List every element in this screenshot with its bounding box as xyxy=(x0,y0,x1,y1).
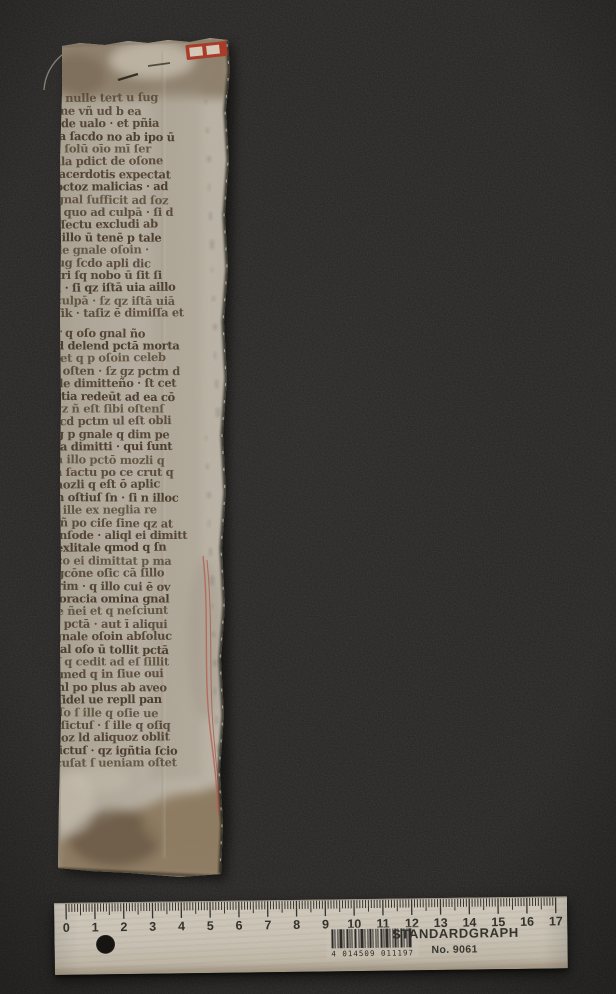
ink-ghost-mark xyxy=(207,156,211,162)
manuscript-text-line: cuſat ſ ueniam oſtet xyxy=(55,755,178,770)
manuscript-fragment: ſit nulle tert u ſugame vñ ud b eao de u… xyxy=(46,30,242,886)
photograph-of-manuscript-fragment: ſit nulle tert u ſugame vñ ud b eao de u… xyxy=(0,0,616,994)
ruler-cm-number: 1 xyxy=(92,920,99,934)
barcode-bar xyxy=(354,929,356,948)
barcode-bar xyxy=(360,929,363,948)
ruler-cm-number: 7 xyxy=(264,918,271,932)
ink-ghost-mark xyxy=(208,520,210,527)
ruler-cm-number: 16 xyxy=(520,915,534,929)
ruler-cm-number: 2 xyxy=(120,920,127,934)
ink-ghost-mark xyxy=(210,240,214,249)
ink-ghost-mark xyxy=(212,632,215,637)
manuscript-text-line: ſik · taſiz ē dimiſſa et xyxy=(56,305,185,320)
ink-ghost-mark xyxy=(208,184,210,191)
ruler-cm-number: 3 xyxy=(149,920,156,934)
ink-ghost-mark xyxy=(206,128,209,133)
ruler: 01234567891011121314151617 4 014509 0111… xyxy=(54,896,568,975)
ink-ghost-mark xyxy=(206,464,209,469)
ruler-hole xyxy=(96,935,115,954)
ink-ghost-mark xyxy=(209,212,212,220)
manuscript-text-line: ſcd pctm ul eſt obli xyxy=(55,413,172,428)
barcode-bar xyxy=(385,929,388,948)
ink-ghost-mark xyxy=(207,492,211,498)
ruler-model-number: No. 9061 xyxy=(431,943,478,956)
barcode-bar xyxy=(380,929,382,948)
ruler-cm-number: 8 xyxy=(293,918,300,932)
ink-ghost-mark xyxy=(213,324,217,330)
ink-ghost-mark xyxy=(205,436,207,440)
ruler-brand-label: STANDARDGRAPH xyxy=(392,925,519,942)
ink-ghost-mark xyxy=(215,716,218,724)
ink-ghost-mark xyxy=(205,100,207,104)
ruler-cm-number: 17 xyxy=(549,914,563,928)
ink-ghost-mark xyxy=(214,688,216,695)
ink-ghost-mark xyxy=(210,576,214,585)
barcode-bar xyxy=(346,929,348,948)
ruler-cm-number: 6 xyxy=(236,919,243,933)
ruler-cm-number: 4 xyxy=(178,919,185,933)
ruler-markings: 01234567891011121314151617 4 014509 0111… xyxy=(54,896,568,975)
ink-ghost-mark xyxy=(209,548,212,556)
ink-ghost-mark xyxy=(212,296,215,301)
barcode-bar xyxy=(369,929,371,948)
ink-ghost-mark xyxy=(211,604,213,608)
ink-ghost-mark xyxy=(211,268,213,272)
manuscript-text-block: ſit nulle tert u ſugame vñ ud b eao de u… xyxy=(48,90,188,770)
barcode-digits: 4 014509 011197 xyxy=(331,948,414,958)
ruler-cm-number: 5 xyxy=(207,919,214,933)
ink-ghost-mark xyxy=(214,352,216,359)
ink-ghost-mark xyxy=(216,408,220,417)
barcode-bar xyxy=(331,929,333,948)
barcode-bar xyxy=(339,929,342,948)
ink-ghost-mark xyxy=(213,660,217,666)
manuscript-text-line: exlitale qmod q ſn xyxy=(56,540,167,555)
ink-ghost-mark xyxy=(215,380,218,388)
scene-canvas: ſit nulle tert u ſugame vñ ud b eao de u… xyxy=(0,0,616,994)
ruler-cm-number: 0 xyxy=(63,921,70,935)
